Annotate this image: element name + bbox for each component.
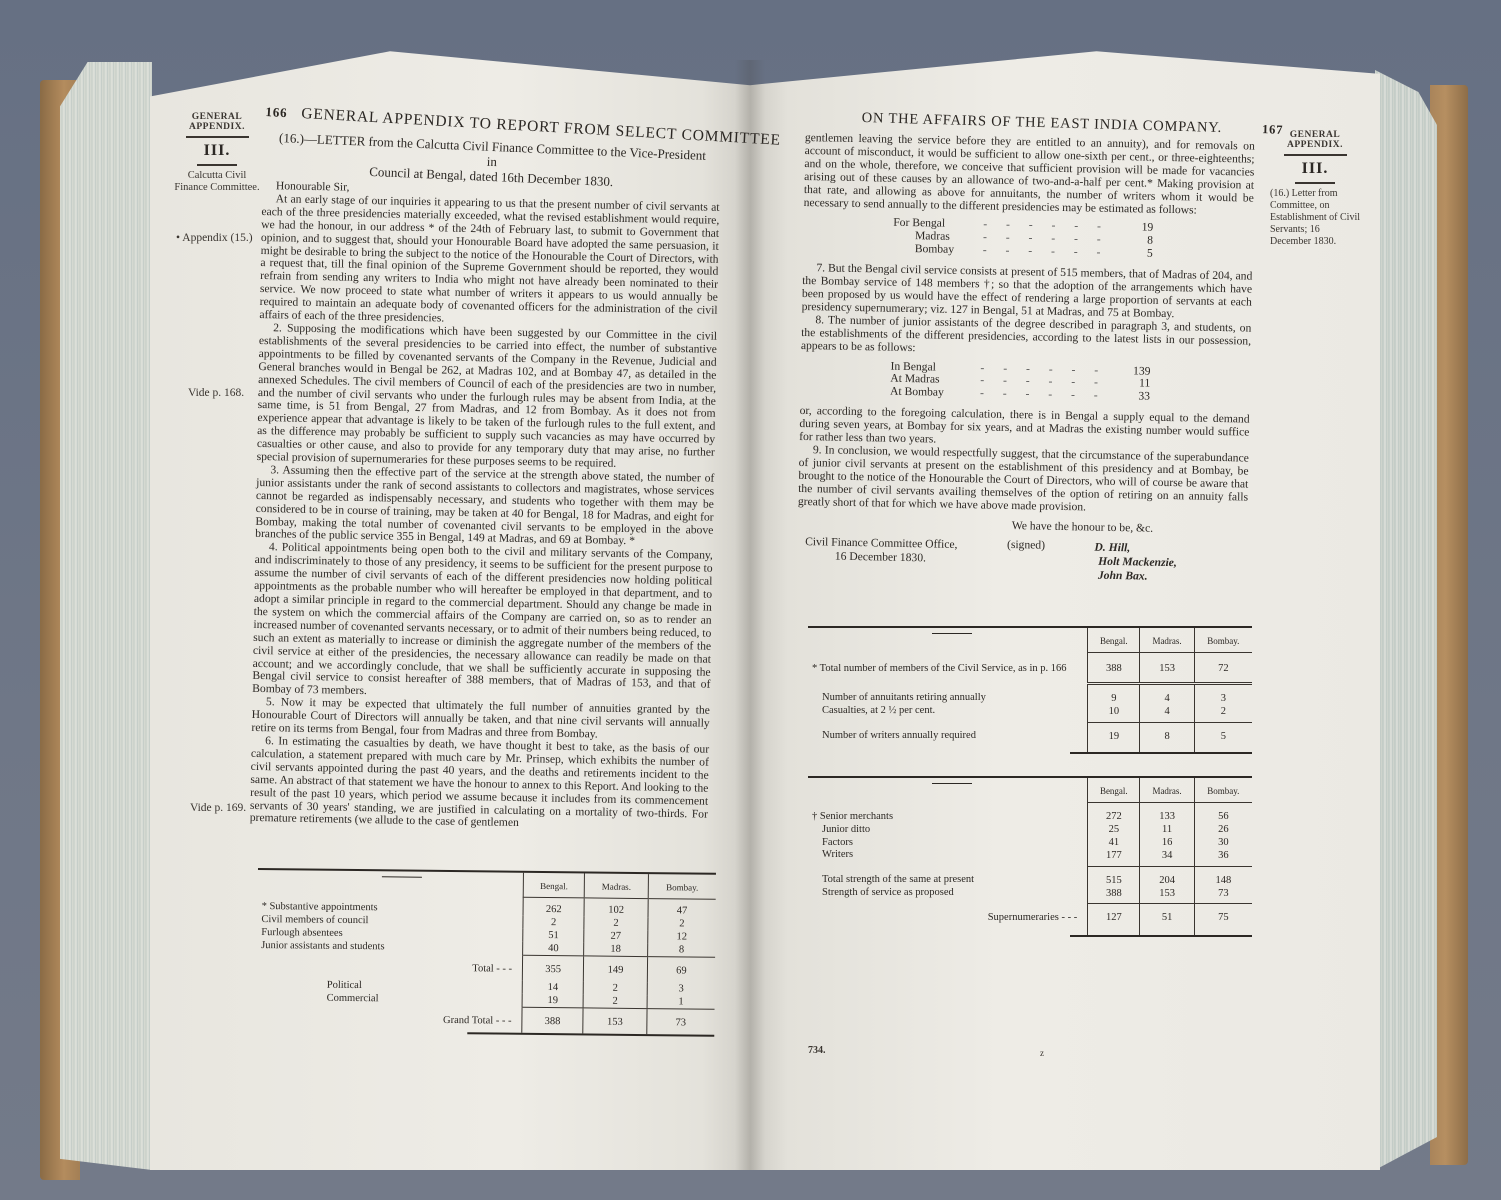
table-total-row: Number of writers annually required1985 — [808, 722, 1252, 752]
writers-list: For Bengal- - - - - -19 Madras- - - - - … — [893, 217, 1254, 263]
table-rule — [1070, 935, 1252, 937]
paragraph: 9. In conclusion, we would respectfully … — [798, 444, 1249, 517]
leader-dots: - - - - - - — [980, 388, 1120, 404]
closing-line: We have the honour to be, &c. — [917, 519, 1247, 538]
signed-label: (signed) — [1006, 539, 1045, 582]
table-row: Total strength of the same at present515… — [808, 866, 1252, 887]
signatories: D. Hill, Holt Mackenzie, John Bax. — [1094, 541, 1247, 586]
table-grand-total-row: Grand Total - - -38815373 — [256, 1004, 714, 1034]
open-book: GENERAL APPENDIX. III. Calcutta Civil Fi… — [0, 0, 1501, 1200]
table-row: Number of annuitants retiring annually94… — [808, 684, 1252, 706]
leader-dots: - - - - - - — [983, 245, 1123, 261]
writers-required-table: Bengal. Madras. Bombay. * Total number o… — [808, 626, 1252, 754]
paragraph: 6. In estimating the casualties by death… — [250, 735, 710, 834]
column-header: Bengal. — [1088, 628, 1140, 653]
column-header: Madras. — [584, 873, 648, 898]
column-header: Madras. — [1140, 628, 1194, 653]
divider — [197, 164, 238, 166]
margin-note: Vide p. 168. — [188, 387, 244, 399]
divider — [932, 783, 972, 784]
table-row: † Senior merchants27213356 — [808, 803, 1252, 824]
footer-signature: 734. — [808, 1045, 826, 1056]
paragraph: 4. Political appointments being open bot… — [252, 541, 713, 705]
juniors-list: In Bengal- - - - - -139 At Madras- - - -… — [890, 360, 1251, 406]
section-number: III. — [172, 142, 262, 160]
table-row: Junior ditto251126 — [808, 823, 1252, 836]
page-edges-right — [1375, 70, 1437, 1170]
table-row: * Total number of members of the Civil S… — [808, 653, 1252, 684]
section-number: III. — [1270, 160, 1360, 178]
footer-mark: z — [1040, 1048, 1044, 1058]
paragraph: 8. The number of junior assistants of th… — [801, 314, 1252, 361]
appointments-table: Bengal. Madras. Bombay. * Substantive ap… — [256, 868, 716, 1037]
book-gutter — [735, 60, 765, 1170]
signatory: John Bax. — [1094, 569, 1177, 585]
section-subject: Calcutta Civil Finance Committee. — [172, 170, 262, 194]
divider — [186, 136, 249, 138]
section-label: GENERAL APPENDIX. — [1270, 130, 1360, 150]
paragraph: gentlemen leaving the service before the… — [804, 132, 1255, 218]
paragraph: 3. Assuming then the effective part of t… — [255, 464, 714, 550]
right-body-text: gentlemen leaving the service before the… — [796, 132, 1254, 586]
right-margin-section: GENERAL APPENDIX. III. (16.) Letter from… — [1270, 130, 1360, 248]
page-edges-left — [60, 62, 152, 1170]
column-header: Madras. — [1140, 778, 1194, 803]
column-header: Bombay. — [1194, 778, 1252, 803]
table-total-row: Supernumeraries - - -1275175 — [808, 904, 1252, 936]
table-row: Factors411630 — [808, 836, 1252, 849]
page-number: 166 — [265, 104, 288, 120]
column-header: Bengal. — [1088, 778, 1140, 803]
column-header: Bombay. — [1194, 628, 1252, 653]
section-subject: (16.) Letter from Committee, on Establis… — [1270, 188, 1360, 248]
column-header: Bombay. — [648, 874, 716, 899]
margin-note: Vide p. 169. — [190, 802, 246, 814]
margin-note: • Appendix (15.) — [176, 232, 253, 244]
column-header: Bengal. — [523, 873, 584, 898]
left-margin-section: GENERAL APPENDIX. III. Calcutta Civil Fi… — [172, 112, 262, 194]
divider — [382, 876, 422, 877]
office-date: 16 December 1830. — [805, 549, 958, 566]
left-body-text: Honourable Sir, At an early stage of our… — [250, 180, 720, 834]
divider — [1295, 182, 1336, 184]
signature-block: Civil Finance Committee Office, 16 Decem… — [796, 535, 1247, 586]
paragraph: 2. Supposing the modifications which hav… — [257, 322, 718, 473]
office-address: Civil Finance Committee Office, 16 Decem… — [796, 535, 957, 580]
section-label: GENERAL APPENDIX. — [172, 112, 262, 132]
service-strength-table: Bengal. Madras. Bombay. † Senior merchan… — [808, 776, 1252, 937]
table-row: Writers1773436 — [808, 849, 1252, 866]
divider — [932, 633, 972, 634]
divider — [1284, 154, 1347, 156]
table-rule — [1070, 752, 1252, 754]
paragraph: At an early stage of our inquiries it ap… — [259, 193, 719, 331]
table-row: Casualties, at 2 ½ per cent.1042 — [808, 705, 1252, 722]
table-row: Strength of service as proposed38815373 — [808, 887, 1252, 904]
